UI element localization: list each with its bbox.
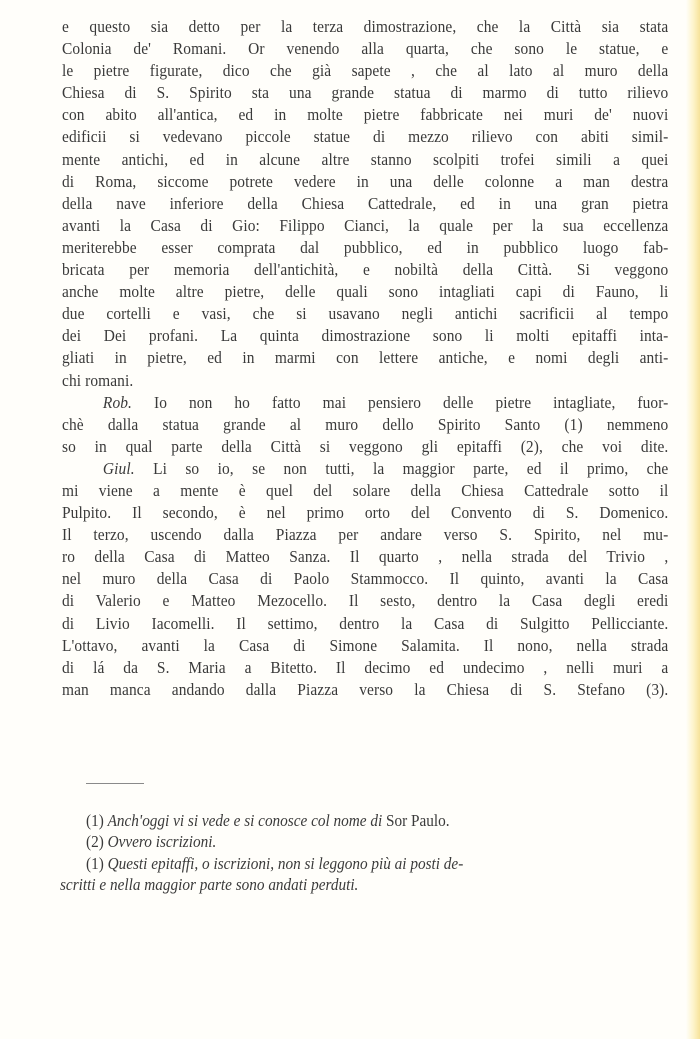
- text-line: chè dalla statua grande al muro dello Sp…: [62, 414, 668, 436]
- text-line: chi romani.: [62, 370, 668, 392]
- text-line: ro della Casa di Matteo Sanza. Il quarto…: [62, 546, 668, 568]
- text-line: anche molte altre pietre, delle quali so…: [62, 281, 668, 303]
- body-text: e questo sia detto per la terza dimostra…: [62, 16, 668, 701]
- text-line: due cortelli e vasi, che si usavano negl…: [62, 303, 668, 325]
- text-line: le pietre figurate, dico che già sapete …: [62, 60, 668, 82]
- dialogue-text: Li so io, se non tutti, la maggior parte…: [153, 459, 668, 478]
- footnote-italic-text: scritti e nella maggior parte sono andat…: [60, 875, 358, 894]
- text-line: Chiesa di S. Spirito sta una grande stat…: [62, 82, 668, 104]
- text-line: L'ottavo, avanti la Casa di Simone Salam…: [62, 635, 668, 657]
- page-edge-shading: [686, 0, 700, 1039]
- footnote-separator-rule: [86, 783, 144, 784]
- footnote-roman-text: Sor Paulo.: [386, 811, 450, 830]
- footnote-italic-text: Questi epitaffi, o iscrizioni, non si le…: [108, 854, 464, 873]
- footnote-number: (1): [86, 811, 104, 830]
- footnote-2: (2) Ovvero iscrizioni.: [86, 831, 607, 852]
- text-line: edificii si vedevano piccole statue di m…: [62, 126, 668, 148]
- footnote-italic-text: Anch'oggi vi si vede e si conosce col no…: [108, 811, 383, 830]
- footnotes: (1) Anch'oggi vi si vede e si conosce co…: [86, 810, 646, 895]
- footnote-3-continuation: scritti e nella maggior parte sono andat…: [60, 874, 605, 895]
- dialogue-line-rob: Rob. Io non ho fatto mai pensiero delle …: [62, 392, 668, 414]
- text-line: nel muro della Casa di Paolo Stammocco. …: [62, 568, 668, 590]
- footnote-number: (2): [86, 832, 104, 851]
- footnote-italic-text: Ovvero iscrizioni.: [108, 832, 217, 851]
- text-line: con abito all'antica, ed in molte pietre…: [62, 104, 668, 126]
- footnote-3: (1) Questi epitaffi, o iscrizioni, non s…: [86, 853, 607, 874]
- text-line: bricata per memoria dell'antichità, e no…: [62, 259, 668, 281]
- text-line: di lá da S. Maria a Bitetto. Il decimo e…: [62, 657, 668, 679]
- text-line: e questo sia detto per la terza dimostra…: [62, 16, 668, 38]
- speaker-rob: Rob.: [103, 393, 132, 412]
- dialogue-line-giul: Giul. Li so io, se non tutti, la maggior…: [62, 458, 668, 480]
- text-line: avanti la Casa di Gio: Filippo Cianci, l…: [62, 215, 668, 237]
- text-line: mente antichi, ed in alcune altre stanno…: [62, 149, 668, 171]
- text-line: di Livio Iacomelli. Il settimo, dentro l…: [62, 613, 668, 635]
- footnote-number: (1): [86, 854, 104, 873]
- text-line: Pulpito. Il secondo, è nel primo orto de…: [62, 502, 668, 524]
- text-line: Il terzo, uscendo dalla Piazza per andar…: [62, 524, 668, 546]
- speaker-giul: Giul.: [103, 459, 135, 478]
- footnote-1: (1) Anch'oggi vi si vede e si conosce co…: [86, 810, 607, 831]
- text-line: della nave inferiore della Chiesa Catted…: [62, 193, 668, 215]
- text-line: gliati in pietre, ed in marmi con letter…: [62, 347, 668, 369]
- text-line: man manca andando dalla Piazza verso la …: [62, 679, 668, 701]
- text-line: meriterebbe esser comprata dal pubblico,…: [62, 237, 668, 259]
- text-line: so in qual parte della Città si veggono …: [62, 436, 668, 458]
- text-line: mi viene a mente è quel del solare della…: [62, 480, 668, 502]
- dialogue-text: Io non ho fatto mai pensiero delle pietr…: [154, 393, 668, 412]
- text-line: dei Dei profani. La quinta dimostrazione…: [62, 325, 668, 347]
- text-line: Colonia de' Romani. Or venendo alla quar…: [62, 38, 668, 60]
- text-line: di Valerio e Matteo Mezocello. Il sesto,…: [62, 590, 668, 612]
- text-line: di Roma, siccome potrete vedere in una d…: [62, 171, 668, 193]
